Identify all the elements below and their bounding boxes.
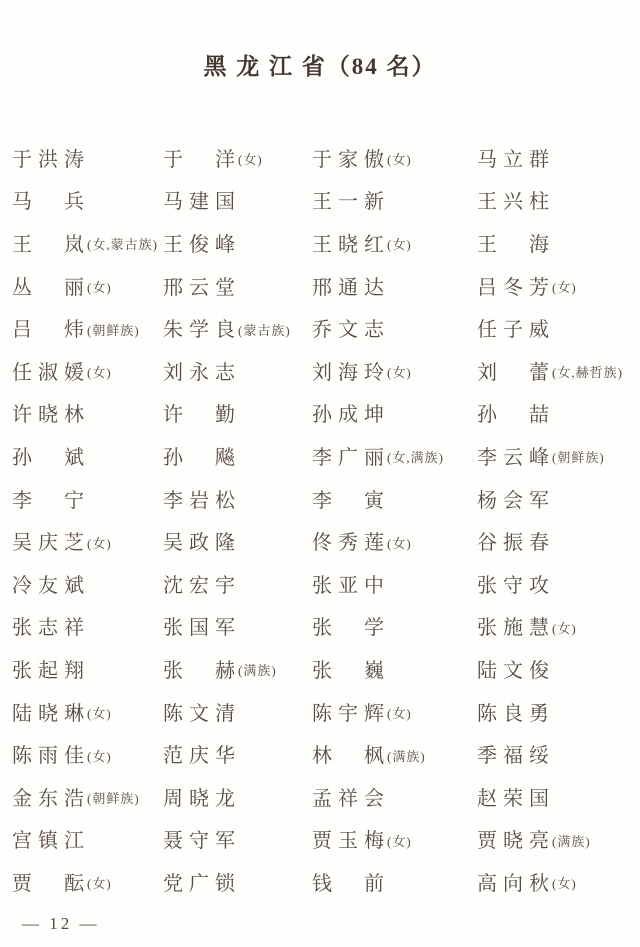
- roster-cell: 丛 丽(女): [12, 264, 163, 307]
- person-note: (女): [87, 700, 112, 722]
- person-note: (满族): [238, 657, 277, 679]
- person-name: 张亚中: [312, 569, 390, 598]
- person-name: 刘 蕾: [477, 356, 555, 385]
- roster-cell: 聂守军: [163, 818, 312, 861]
- roster-cell: 李广丽(女,满族): [312, 434, 477, 477]
- person-note: (女): [87, 359, 112, 381]
- roster-cell: 张志祥: [12, 605, 163, 648]
- roster-cell: 李 寅: [312, 477, 477, 520]
- roster-cell: 陈雨佳(女): [12, 732, 163, 775]
- person-name: 李 寅: [312, 484, 390, 513]
- person-name: 周晓龙: [163, 782, 241, 811]
- roster-cell: 李岩松: [163, 477, 312, 520]
- person-name: 张施慧: [477, 611, 555, 640]
- person-name: 朱学良: [163, 313, 241, 342]
- person-name: 于家傲: [312, 143, 390, 172]
- roster-cell: 冷友斌: [12, 562, 163, 605]
- roster-cell: 朱学良(蒙古族): [163, 306, 312, 349]
- roster-cell: 王俊峰: [163, 221, 312, 264]
- roster-cell: 王兴柱: [477, 179, 640, 222]
- roster-cell: 张施慧(女): [477, 605, 640, 648]
- roster-cell: 孙 斌: [12, 434, 163, 477]
- person-name: 王兴柱: [477, 185, 555, 214]
- page-number: — 12 —: [22, 914, 100, 934]
- person-name: 范庆华: [163, 739, 241, 768]
- roster-cell: 刘海玲(女): [312, 349, 477, 392]
- person-name: 张起翔: [12, 654, 90, 683]
- roster-cell: 谷振春: [477, 519, 640, 562]
- roster-cell: 许晓林: [12, 392, 163, 435]
- person-name: 乔文志: [312, 313, 390, 342]
- person-note: (女): [87, 743, 112, 765]
- person-note: (朝鲜族): [552, 444, 605, 466]
- person-name: 钱 前: [312, 867, 390, 896]
- roster-cell: 于家傲(女): [312, 136, 477, 179]
- person-name: 张 赫: [163, 654, 241, 683]
- person-name: 吴政隆: [163, 526, 241, 555]
- person-name: 李广丽: [312, 441, 390, 470]
- person-name: 李 宁: [12, 484, 90, 513]
- roster-cell: 马立群: [477, 136, 640, 179]
- person-name: 孟祥会: [312, 782, 390, 811]
- roster-cell: 邢通达: [312, 264, 477, 307]
- person-name: 沈宏宇: [163, 569, 241, 598]
- person-name: 孙 飚: [163, 441, 241, 470]
- person-note: (女,满族): [387, 444, 444, 466]
- roster-cell: 范庆华: [163, 732, 312, 775]
- roster-cell: 张国军: [163, 605, 312, 648]
- person-note: (女,赫哲族): [552, 359, 623, 381]
- person-name: 陈宇辉: [312, 697, 390, 726]
- roster-cell: 贾 酝(女): [12, 860, 163, 903]
- person-name: 金东浩: [12, 782, 90, 811]
- person-name: 马立群: [477, 143, 555, 172]
- roster-cell: 张亚中: [312, 562, 477, 605]
- roster-cell: 张守攻: [477, 562, 640, 605]
- person-note: (女): [387, 146, 412, 168]
- roster-cell: 陈良勇: [477, 690, 640, 733]
- roster-cell: 王 海: [477, 221, 640, 264]
- person-name: 丛 丽: [12, 271, 90, 300]
- person-note: (女): [387, 700, 412, 722]
- roster-cell: 乔文志: [312, 306, 477, 349]
- roster-cell: 马建国: [163, 179, 312, 222]
- person-name: 赵荣国: [477, 782, 555, 811]
- roster-cell: 高向秋(女): [477, 860, 640, 903]
- person-name: 张守攻: [477, 569, 555, 598]
- person-name: 贾玉梅: [312, 824, 390, 853]
- roster-cell: 贾晓亮(满族): [477, 818, 640, 861]
- person-name: 刘海玲: [312, 356, 390, 385]
- roster-cell: 王晓红(女): [312, 221, 477, 264]
- person-note: (女): [387, 828, 412, 850]
- person-name: 马 兵: [12, 185, 90, 214]
- person-name: 陈文清: [163, 697, 241, 726]
- person-name: 邢通达: [312, 271, 390, 300]
- document-page: 黑 龙 江 省（84 名） 于洪涛于 洋(女)于家傲(女)马立群马 兵马建国王一…: [0, 0, 640, 947]
- person-name: 马建国: [163, 185, 241, 214]
- roster-cell: 马 兵: [12, 179, 163, 222]
- roster-cell: 陈文清: [163, 690, 312, 733]
- roster-cell: 孙成坤: [312, 392, 477, 435]
- person-name: 贾 酝: [12, 867, 90, 896]
- person-note: (满族): [552, 828, 591, 850]
- person-name: 吕 炜: [12, 313, 90, 342]
- person-name: 刘永志: [163, 356, 241, 385]
- roster-cell: 李 宁: [12, 477, 163, 520]
- person-name: 王一新: [312, 185, 390, 214]
- person-name: 孙 斌: [12, 441, 90, 470]
- person-name: 党广锁: [163, 867, 241, 896]
- person-name: 于 洋: [163, 143, 241, 172]
- person-name: 吕冬芳: [477, 271, 555, 300]
- person-note: (女): [552, 274, 577, 296]
- roster-cell: 宫镇江: [12, 818, 163, 861]
- roster-cell: 刘永志: [163, 349, 312, 392]
- roster-cell: 吴政隆: [163, 519, 312, 562]
- person-name: 高向秋: [477, 867, 555, 896]
- person-note: (女): [387, 231, 412, 253]
- person-note: (女): [387, 359, 412, 381]
- roster-cell: 吕冬芳(女): [477, 264, 640, 307]
- person-name: 王俊峰: [163, 228, 241, 257]
- person-note: (女): [87, 530, 112, 552]
- person-name: 张志祥: [12, 611, 90, 640]
- roster-cell: 张 赫(满族): [163, 647, 312, 690]
- roster-cell: 吴庆芝(女): [12, 519, 163, 562]
- roster-cell: 张起翔: [12, 647, 163, 690]
- person-name: 陆文俊: [477, 654, 555, 683]
- roster-cell: 邢云堂: [163, 264, 312, 307]
- roster-cell: 沈宏宇: [163, 562, 312, 605]
- roster-cell: 陆晓琳(女): [12, 690, 163, 733]
- roster-cell: 于洪涛: [12, 136, 163, 179]
- person-name: 陈良勇: [477, 697, 555, 726]
- person-note: (女): [87, 870, 112, 892]
- roster-cell: 陆文俊: [477, 647, 640, 690]
- roster-cell: 赵荣国: [477, 775, 640, 818]
- roster-cell: 张 巍: [312, 647, 477, 690]
- roster-cell: 孟祥会: [312, 775, 477, 818]
- roster-cell: 金东浩(朝鲜族): [12, 775, 163, 818]
- person-name: 任子威: [477, 313, 555, 342]
- page-title: 黑 龙 江 省（84 名）: [0, 0, 640, 84]
- person-name: 吴庆芝: [12, 526, 90, 555]
- person-name: 孙成坤: [312, 398, 390, 427]
- person-name: 佟秀莲: [312, 526, 390, 555]
- person-name: 聂守军: [163, 824, 241, 853]
- roster-cell: 孙 飚: [163, 434, 312, 477]
- person-name: 谷振春: [477, 526, 555, 555]
- roster-cell: 孙 喆: [477, 392, 640, 435]
- person-name: 张 巍: [312, 654, 390, 683]
- roster-cell: 许 勤: [163, 392, 312, 435]
- person-note: (女,蒙古族): [87, 231, 158, 253]
- roster-cell: 林 枫(满族): [312, 732, 477, 775]
- person-note: (朝鲜族): [87, 785, 140, 807]
- person-name: 王 海: [477, 228, 555, 257]
- roster-grid: 于洪涛于 洋(女)于家傲(女)马立群马 兵马建国王一新王兴柱王 岚(女,蒙古族)…: [12, 136, 640, 903]
- person-note: (女): [552, 615, 577, 637]
- roster-cell: 党广锁: [163, 860, 312, 903]
- roster-cell: 于 洋(女): [163, 136, 312, 179]
- roster-cell: 张 学: [312, 605, 477, 648]
- person-name: 王晓红: [312, 228, 390, 257]
- person-name: 陆晓琳: [12, 697, 90, 726]
- person-name: 张国军: [163, 611, 241, 640]
- roster-cell: 任子威: [477, 306, 640, 349]
- person-name: 贾晓亮: [477, 824, 555, 853]
- person-name: 季福绥: [477, 739, 555, 768]
- person-name: 许晓林: [12, 398, 90, 427]
- person-note: (满族): [387, 743, 426, 765]
- roster-cell: 任淑媛(女): [12, 349, 163, 392]
- person-name: 宫镇江: [12, 824, 90, 853]
- roster-cell: 钱 前: [312, 860, 477, 903]
- roster-cell: 贾玉梅(女): [312, 818, 477, 861]
- roster-cell: 季福绥: [477, 732, 640, 775]
- roster-cell: 吕 炜(朝鲜族): [12, 306, 163, 349]
- person-note: (女): [87, 274, 112, 296]
- person-name: 陈雨佳: [12, 739, 90, 768]
- person-name: 孙 喆: [477, 398, 555, 427]
- roster-cell: 佟秀莲(女): [312, 519, 477, 562]
- person-name: 李岩松: [163, 484, 241, 513]
- roster-cell: 杨会军: [477, 477, 640, 520]
- roster-cell: 陈宇辉(女): [312, 690, 477, 733]
- person-note: (女): [238, 146, 263, 168]
- roster-cell: 周晓龙: [163, 775, 312, 818]
- person-name: 王 岚: [12, 228, 90, 257]
- person-name: 冷友斌: [12, 569, 90, 598]
- person-note: (蒙古族): [238, 317, 291, 339]
- person-name: 杨会军: [477, 484, 555, 513]
- person-name: 张 学: [312, 611, 390, 640]
- roster-cell: 王 岚(女,蒙古族): [12, 221, 163, 264]
- roster-cell: 刘 蕾(女,赫哲族): [477, 349, 640, 392]
- person-name: 许 勤: [163, 398, 241, 427]
- person-note: (朝鲜族): [87, 317, 140, 339]
- person-note: (女): [552, 870, 577, 892]
- person-name: 于洪涛: [12, 143, 90, 172]
- roster-cell: 王一新: [312, 179, 477, 222]
- person-note: (女): [387, 530, 412, 552]
- person-name: 李云峰: [477, 441, 555, 470]
- person-name: 邢云堂: [163, 271, 241, 300]
- person-name: 林 枫: [312, 739, 390, 768]
- roster-cell: 李云峰(朝鲜族): [477, 434, 640, 477]
- person-name: 任淑媛: [12, 356, 90, 385]
